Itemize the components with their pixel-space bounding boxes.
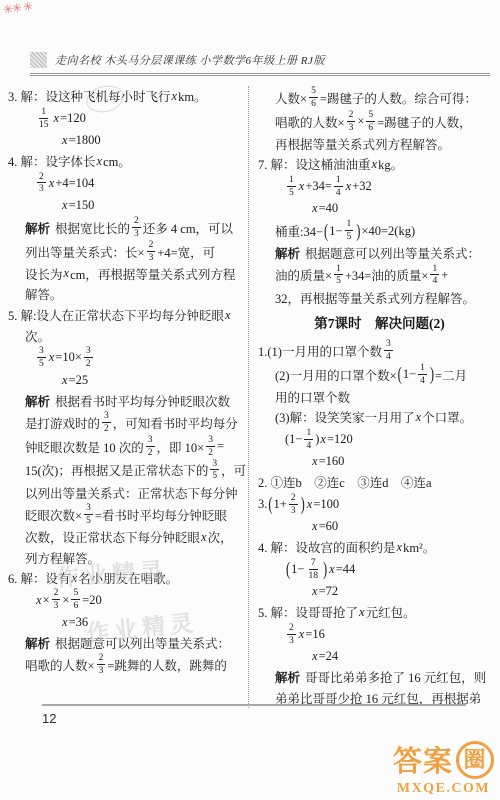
variable: x	[35, 593, 43, 608]
text-span: +4=104	[55, 176, 94, 191]
text-line: x=150	[8, 195, 248, 216]
page-number: 12	[42, 711, 56, 726]
right-column: 人数×56=踢毽子的人数。综合可得：唱歌的人数×23×56=踢毽子的人数，再根据…	[248, 86, 500, 708]
fraction-denominator: 3	[289, 505, 298, 517]
text-line: 设长为 x cm，再根据等量关系式列方程	[8, 264, 248, 285]
text-span: cm，再根据等量关系式列方程	[70, 265, 235, 283]
big-paren: (	[286, 558, 290, 581]
text-span: 还多 4 cm，可以	[143, 219, 233, 237]
text-span: =120	[60, 111, 86, 126]
analysis-label: 解析	[25, 392, 50, 410]
text-line: 是打游戏时的32，可知看书时平均每分	[8, 411, 248, 435]
fraction: 15	[334, 264, 343, 288]
text-span: 15(次)；再根据又是正常状态下的	[25, 461, 208, 479]
fraction-denominator: 3	[52, 600, 61, 612]
fraction-numerator: 2	[97, 653, 106, 665]
text-span: (3)解：设笑笑家一月用了	[275, 408, 415, 426]
fraction-numerator: 1	[39, 107, 48, 119]
text-span: km²。	[403, 538, 435, 556]
fraction-denominator: 3	[37, 183, 46, 195]
fraction-denominator: 15	[37, 119, 51, 131]
fraction: 56	[71, 588, 80, 612]
fraction-numerator: 3	[37, 346, 46, 358]
variable: x	[200, 530, 208, 545]
fraction: 14	[430, 264, 439, 288]
fraction-numerator: 1	[287, 175, 296, 187]
fraction-numerator: 1	[345, 219, 354, 231]
fraction: 35	[210, 459, 219, 483]
fraction: 115	[37, 107, 51, 131]
fraction-numerator: 2	[347, 110, 356, 122]
fraction-denominator: 2	[84, 358, 93, 370]
text-span: =10×	[55, 350, 82, 365]
variable: x	[319, 432, 327, 447]
text-line: 解析根据宽比长的23还多 4 cm，可以	[8, 216, 248, 240]
variable: x	[61, 373, 69, 388]
text-line: 次数，设正常状态下每分钟眨眼 x 次，	[8, 527, 248, 548]
variable: x	[311, 649, 319, 664]
red-corner-stamp: ✳✳ ✳	[2, 0, 33, 16]
text-line: 解析根据题意可以列出等量关系式：	[258, 243, 500, 264]
fraction-denominator: 2	[206, 447, 215, 459]
text-line: 1.(1)一月用的口罩个数 34	[258, 339, 500, 363]
text-span: =1800	[69, 133, 101, 148]
text-span: 解答。	[25, 285, 63, 303]
fraction: 23	[132, 216, 141, 240]
text-span: 列出等量关系式：长×	[25, 243, 145, 261]
fraction-denominator: 3	[132, 228, 141, 240]
text-span: =72	[319, 584, 339, 599]
text-span: 2. ①连b ②连c ③连d ④连a	[258, 473, 432, 491]
text-line: 解析哥哥比弟弟多抢了 16 元红包，则	[258, 667, 500, 688]
fraction-numerator: 3	[102, 411, 111, 423]
text-line: 唱歌的人数×23=跳舞的人数，跳舞的	[8, 653, 248, 677]
fraction-denominator: 6	[309, 98, 318, 110]
text-span: 次。	[25, 327, 50, 345]
variable: x	[298, 627, 306, 642]
text-span: +34=	[305, 179, 332, 194]
text-span: 唱歌的人数×	[25, 656, 95, 674]
variable: x	[171, 89, 179, 104]
text-span: 3.	[258, 497, 267, 512]
text-line: 2. ①连b ②连c ③连d ④连a	[258, 472, 500, 493]
fraction-numerator: 3	[210, 459, 219, 471]
text-line: (1−14)x=120	[258, 428, 500, 452]
variable: x	[61, 198, 69, 213]
fraction-numerator: 3	[146, 435, 155, 447]
variable: x	[61, 615, 69, 630]
answer-site-url: MXQE.COM	[393, 781, 494, 797]
fraction: 56	[309, 86, 318, 110]
text-span: 4. 解：设故宫的面积约是	[258, 538, 396, 556]
fraction: 23	[97, 653, 106, 677]
text-line: 以列出等量关系式：正常状态下每分钟	[8, 482, 248, 503]
fraction-numerator: 2	[132, 216, 141, 228]
fraction: 15	[345, 219, 354, 243]
variable: x	[298, 179, 306, 194]
text-span: (1−	[285, 432, 302, 447]
text-span: 是打游戏时的	[25, 414, 100, 432]
big-paren: )	[301, 493, 305, 516]
text-span: =看书时平均每分钟眨眼	[95, 506, 227, 524]
text-line: x=1800	[8, 130, 248, 151]
variable: x	[306, 497, 314, 512]
text-span: 根据看书时平均每分钟眨眼次数	[55, 392, 230, 410]
text-line: 3. 解：设这种飞机每小时飞行 x km。	[8, 86, 248, 107]
variable: x	[48, 176, 56, 191]
text-line: 5. 解：设哥哥抢了 x 元红包。	[258, 602, 500, 623]
text-span: =160	[319, 454, 345, 469]
text-span: 5. 解:设人在正常状态下平均每分钟眨眼	[8, 306, 224, 324]
fraction-denominator: 6	[71, 600, 80, 612]
fraction-denominator: 4	[418, 375, 427, 387]
fraction-denominator: 18	[306, 570, 320, 582]
variable: x	[358, 605, 366, 620]
variable: x	[311, 454, 319, 469]
fraction-numerator: 5	[309, 86, 318, 98]
text-span: 桶重:34−	[275, 222, 323, 240]
text-line: 眨眼次数×35=看书时平均每分钟眨眼	[8, 503, 248, 527]
text-span: =	[217, 439, 224, 454]
text-span: +4=宽，可	[157, 243, 215, 261]
fraction-denominator: 3	[347, 122, 356, 134]
text-span: +34=油的质量×	[345, 266, 429, 284]
text-span: kg。	[378, 155, 403, 173]
text-span: 1−	[291, 562, 304, 577]
text-line: 32，再根据等量关系式列方程解答。	[258, 287, 500, 308]
fraction: 23	[287, 623, 296, 647]
text-span: 用的口罩个数	[275, 388, 350, 406]
text-span: =150	[69, 198, 95, 213]
text-line: 次。	[8, 325, 248, 346]
text-line: 4. 解：设字体长 x cm。	[8, 151, 248, 172]
text-span: ×	[62, 593, 69, 608]
fraction-numerator: 3	[84, 346, 93, 358]
text-line: x×23×56=20	[8, 588, 248, 612]
text-span: ×	[43, 593, 50, 608]
fraction-denominator: 5	[37, 358, 46, 370]
fraction: 32	[206, 435, 215, 459]
text-span: 7. 解：设这桶油油重	[258, 155, 371, 173]
fraction-denominator: 4	[334, 187, 343, 199]
fraction: 14	[418, 363, 427, 387]
analysis-label: 解析	[25, 634, 50, 652]
answer-logo: 答案 圈	[393, 739, 494, 780]
text-span: ×	[357, 114, 364, 129]
answer-site-watermark: 答案 圈 MXQE.COM	[393, 739, 494, 797]
text-span: km。	[178, 87, 206, 105]
text-line: 桶重:34−(1−15)×40=2(kg)	[258, 219, 500, 243]
hatch-square-icon	[30, 52, 47, 68]
text-span: 以列出等量关系式：正常状态下每分钟	[25, 484, 238, 502]
text-span: 唱歌的人数×	[275, 113, 345, 131]
fraction: 34	[384, 339, 393, 363]
text-span: 32，再根据等量关系式列方程解答。	[275, 289, 475, 307]
text-span: 人数×	[275, 89, 307, 107]
text-span: =踢毽子的人数，	[377, 113, 472, 131]
fraction-denominator: 4	[304, 440, 313, 452]
text-line: 再根据等量关系式列方程解答。	[258, 134, 500, 155]
fraction: 14	[304, 428, 313, 452]
text-span: =24	[319, 649, 339, 664]
variable: x	[63, 266, 71, 281]
text-line: 7. 解：设这桶油油重 x kg。	[258, 154, 500, 175]
big-paren: (	[398, 363, 402, 386]
fraction: 35	[37, 346, 46, 370]
fraction-denominator: 6	[366, 122, 375, 134]
header-bar: 走向名校 木头马分层课课练 小学数学6年级上册 RJ版	[30, 52, 490, 76]
variable: x	[371, 157, 379, 172]
fraction: 23	[147, 240, 156, 264]
text-line: 115x=120	[8, 107, 248, 131]
fraction-denominator: 2	[102, 423, 111, 435]
variable: x	[415, 410, 423, 425]
text-line: x=24	[258, 646, 500, 667]
text-span: 个口罩。	[422, 408, 472, 426]
fraction-numerator: 2	[147, 240, 156, 252]
answer-logo-text: 答案	[393, 739, 453, 780]
text-span: 眨眼次数×	[25, 506, 82, 524]
text-span: =44	[336, 562, 356, 577]
text-span: 钟眨眼次数是 10 次的	[25, 438, 144, 456]
text-span: +32	[352, 179, 372, 194]
text-span: =60	[319, 519, 339, 534]
text-line: x=40	[258, 199, 500, 220]
text-span: ，即 10×	[157, 438, 205, 456]
text-span: 油的质量×	[275, 266, 332, 284]
text-span: 次数，设正常状态下每分钟眨眼	[25, 528, 200, 546]
text-line: (2)一月用的口罩个数×(1−14)=二月	[258, 363, 500, 387]
text-span: =跳舞的人数，跳舞的	[107, 656, 227, 674]
fraction-denominator: 4	[430, 275, 439, 287]
variable: x	[311, 201, 319, 216]
text-span: 再根据等量关系式列方程解答。	[275, 135, 450, 153]
fraction-denominator: 3	[97, 665, 106, 677]
text-line: 用的口罩个数	[258, 387, 500, 408]
fraction-numerator: 1	[334, 264, 343, 276]
text-span: 1.(1)一月用的口罩个数	[258, 342, 382, 360]
text-line: 15x+34=14x+32	[258, 175, 500, 199]
content-columns: 3. 解：设这种飞机每小时飞行 x km。115x=120x=18004. 解：…	[8, 86, 500, 708]
text-span: 元红包。	[366, 603, 416, 621]
text-span: 1−	[329, 224, 342, 239]
text-span: =踢毽子的人数。综合可得：	[320, 89, 477, 107]
text-line: 4. 解：设故宫的面积约是 x km²。	[258, 537, 500, 558]
fraction-numerator: 3	[384, 339, 393, 351]
fraction-denominator: 5	[334, 275, 343, 287]
fraction: 23	[289, 493, 298, 517]
text-span: ×40=2(kg)	[361, 224, 415, 239]
text-span: 1+	[274, 497, 287, 512]
variable: x	[311, 584, 319, 599]
text-span: =25	[69, 373, 89, 388]
fraction-numerator: 1	[418, 363, 427, 375]
fraction-denominator: 5	[84, 515, 93, 527]
book-title: 走向名校 木头马分层课课练 小学数学6年级上册 RJ版	[55, 52, 325, 68]
fraction-numerator: 3	[84, 503, 93, 515]
variable: x	[96, 154, 104, 169]
fraction: 14	[334, 175, 343, 199]
fraction-denominator: 5	[287, 187, 296, 199]
fraction-denominator: 5	[210, 470, 219, 482]
fraction: 32	[84, 346, 93, 370]
fraction-denominator: 3	[287, 635, 296, 647]
section-heading: 第7课时 解决问题(2)	[258, 308, 500, 339]
text-line: 5. 解:设人在正常状态下平均每分钟眨眼 x	[8, 305, 248, 326]
footer-rule	[42, 704, 466, 706]
text-line: x=25	[8, 370, 248, 391]
text-span: 1−	[403, 367, 416, 382]
text-span: 4. 解：设字体长	[8, 152, 96, 170]
text-line: x=60	[258, 517, 500, 538]
text-span: =100	[313, 497, 339, 512]
fraction-denominator: 4	[384, 351, 393, 363]
text-line: 35x=10×32	[8, 346, 248, 370]
text-line: 解答。	[8, 284, 248, 305]
big-paren: )	[356, 219, 360, 242]
text-span: =二月	[435, 366, 467, 384]
text-span: 次，	[208, 528, 233, 546]
fraction: 15	[287, 175, 296, 199]
text-line: 钟眨眼次数是 10 次的32，即 10×32=	[8, 435, 248, 459]
fraction-numerator: 5	[366, 110, 375, 122]
fraction: 23	[37, 172, 46, 196]
text-span: =40	[319, 201, 339, 216]
analysis-label: 解析	[275, 244, 300, 262]
analysis-label: 解析	[275, 668, 300, 686]
text-line: 3. (1+23)x=100	[258, 493, 500, 517]
text-line: 人数×56=踢毽子的人数。综合可得：	[258, 86, 500, 110]
text-line: 唱歌的人数×23×56=踢毽子的人数，	[258, 110, 500, 134]
variable: x	[61, 133, 69, 148]
text-span: =20	[82, 593, 102, 608]
variable: x	[53, 111, 61, 126]
fraction-numerator: 1	[334, 175, 343, 187]
text-span: =120	[327, 432, 353, 447]
variable: x	[328, 562, 336, 577]
big-paren: )	[323, 558, 327, 581]
text-span: cm。	[103, 152, 131, 170]
variable: x	[396, 540, 404, 555]
fraction: 35	[84, 503, 93, 527]
fraction: 718	[306, 558, 320, 582]
text-span: ，可	[221, 461, 246, 479]
scanned-answer-page: ✳✳ ✳ 走向名校 木头马分层课课练 小学数学6年级上册 RJ版 3. 解：设这…	[0, 0, 500, 800]
text-line: (3)解：设笑笑家一月用了 x 个口罩。	[258, 407, 500, 428]
big-paren: )	[430, 363, 434, 386]
text-line: 解析根据看书时平均每分钟眨眼次数	[8, 390, 248, 411]
text-line: 列出等量关系式：长×23+4=宽，可	[8, 240, 248, 264]
fraction-numerator: 2	[289, 493, 298, 505]
text-line: 油的质量×15+34=油的质量×14+	[258, 264, 500, 288]
text-span: 哥哥比弟弟多抢了 16 元红包，则	[305, 668, 486, 686]
text-span: 设长为	[25, 265, 63, 283]
fraction-denominator: 2	[146, 447, 155, 459]
text-span: =16	[305, 627, 325, 642]
text-line: x=72	[258, 582, 500, 603]
fraction-denominator: 5	[345, 231, 354, 243]
text-line: 15(次)；再根据又是正常状态下的35，可	[8, 459, 248, 483]
text-span: 根据宽比长的	[55, 219, 130, 237]
text-span: (2)一月用的口罩个数×	[275, 366, 397, 384]
text-line: (1−718)x=44	[258, 558, 500, 582]
analysis-label: 解析	[25, 219, 50, 237]
variable: x	[311, 519, 319, 534]
fraction: 23	[347, 110, 356, 134]
text-span: +	[441, 268, 448, 283]
text-span: 根据题意可以列出等量关系式：	[305, 244, 480, 262]
fraction-numerator: 2	[37, 172, 46, 184]
fraction: 32	[146, 435, 155, 459]
text-span: 3. 解：设这种飞机每小时飞行	[8, 87, 171, 105]
fraction-numerator: 2	[287, 623, 296, 635]
variable: x	[224, 308, 232, 323]
big-paren: (	[268, 493, 272, 516]
text-line: x=160	[258, 452, 500, 473]
answer-logo-circle-icon: 圈	[456, 741, 494, 779]
fraction-numerator: 3	[206, 435, 215, 447]
text-line: 23x=16	[258, 623, 500, 647]
big-paren: (	[324, 219, 328, 242]
variable: x	[48, 350, 56, 365]
variable: x	[345, 179, 353, 194]
fraction: 32	[102, 411, 111, 435]
fraction: 56	[366, 110, 375, 134]
fraction-denominator: 3	[147, 252, 156, 264]
fraction-numerator: 1	[304, 428, 313, 440]
fraction-numerator: 7	[309, 558, 318, 570]
fraction-numerator: 1	[430, 264, 439, 276]
text-span: 5. 解：设哥哥抢了	[258, 603, 358, 621]
text-span: ，可知看书时平均每分	[113, 414, 238, 432]
text-line: 23x+4=104	[8, 172, 248, 196]
